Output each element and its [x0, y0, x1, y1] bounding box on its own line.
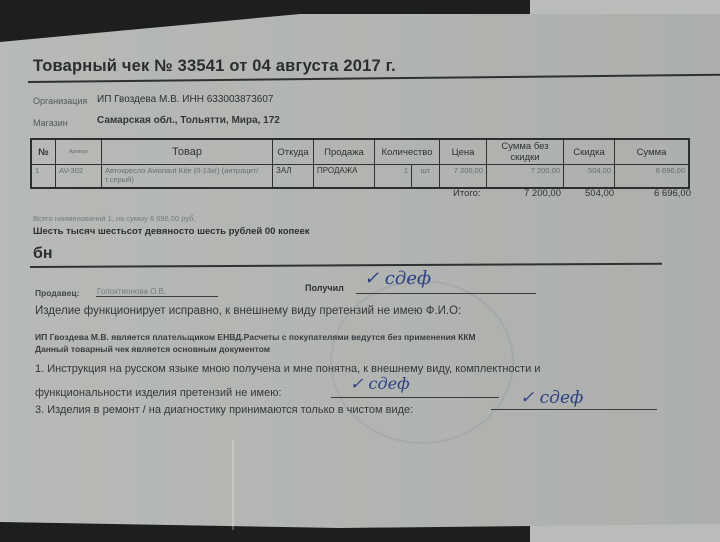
amount-in-words: Шесть тысяч шестьсот девяносто шесть руб… [33, 226, 310, 237]
clause-1-signature-line [331, 397, 499, 398]
total-no-discount: 7 200,00 [524, 188, 561, 199]
col-quantity: Количество [375, 139, 440, 165]
store-value: Самарская обл., Тольятти, Мира, 172 [97, 115, 280, 126]
row-qty: 1 [375, 165, 412, 189]
seller-signature-line [96, 296, 218, 297]
row-number: 1 [31, 165, 56, 189]
receipt-paper [0, 14, 720, 528]
col-price: Цена [440, 139, 487, 165]
paper-fold [232, 440, 234, 530]
col-product: Товар [102, 139, 273, 165]
payment-type: бн [33, 245, 53, 263]
total-label: Итого: [453, 188, 481, 199]
organization-value: ИП Гвоздева М.В. ИНН 633003873607 [97, 94, 273, 105]
received-signature-line [356, 293, 536, 294]
row-product: Автокресло Avionaut Kite (0-13кг) (антра… [102, 165, 273, 189]
received-label: Получил [305, 283, 344, 293]
col-number: № [31, 139, 56, 165]
seller-label: Продавец: [35, 288, 79, 298]
total-sum: 6 696,00 [654, 188, 691, 199]
total-discount: 504,00 [585, 188, 614, 199]
col-sum-no-discount: Сумма без скидки [487, 139, 564, 165]
row-sale: ПРОДАЖА [314, 165, 375, 189]
col-sale: Продажа [314, 139, 375, 165]
items-count-line: Всего наименований 1, на сумму 6 696,00 … [33, 214, 196, 223]
functions-statement: Изделие функционирует исправно, к внешне… [35, 305, 461, 317]
items-table: № Артикул Товар Откуда Продажа Количеств… [30, 138, 690, 189]
clause-1-line-1: 1. Инструкция на русском языке мною полу… [35, 363, 540, 375]
clause-3: 3. Изделия в ремонт / на диагностику при… [35, 404, 413, 416]
row-sum: 6 696,00 [615, 165, 690, 189]
row-discount: 504,00 [564, 165, 615, 189]
receipt-title: Товарный чек № 33541 от 04 августа 2017 … [33, 57, 396, 76]
clause-3-signature: ✓ сдеф [520, 388, 583, 408]
store-label: Магазин [33, 118, 68, 128]
main-document-note: Данный товарный чек является основным до… [35, 344, 270, 354]
row-article: AV-302 [56, 165, 102, 189]
clause-3-signature-line [491, 409, 657, 410]
col-sum: Сумма [615, 139, 690, 165]
row-unit: шт [412, 165, 440, 189]
col-source: Откуда [273, 139, 314, 165]
row-source: ЗАЛ [273, 165, 314, 189]
col-discount: Скидка [564, 139, 615, 165]
received-signature: ✓ сдеф [364, 268, 431, 289]
envd-note: ИП Гвоздева М.В. является плательщиком Е… [35, 332, 476, 342]
row-price: 7 200,00 [440, 165, 487, 189]
table-row: 1 AV-302 Автокресло Avionaut Kite (0-13к… [31, 165, 689, 189]
row-sum-no-discount: 7 200,00 [487, 165, 564, 189]
seller-name: Голоктионова О.В. [97, 287, 166, 296]
clause-1-line-2: функциональности изделия претензий не им… [35, 387, 282, 399]
col-article: Артикул [56, 139, 102, 165]
organization-label: Организация [33, 96, 87, 106]
clause-1-signature: ✓ сдеф [350, 374, 410, 393]
